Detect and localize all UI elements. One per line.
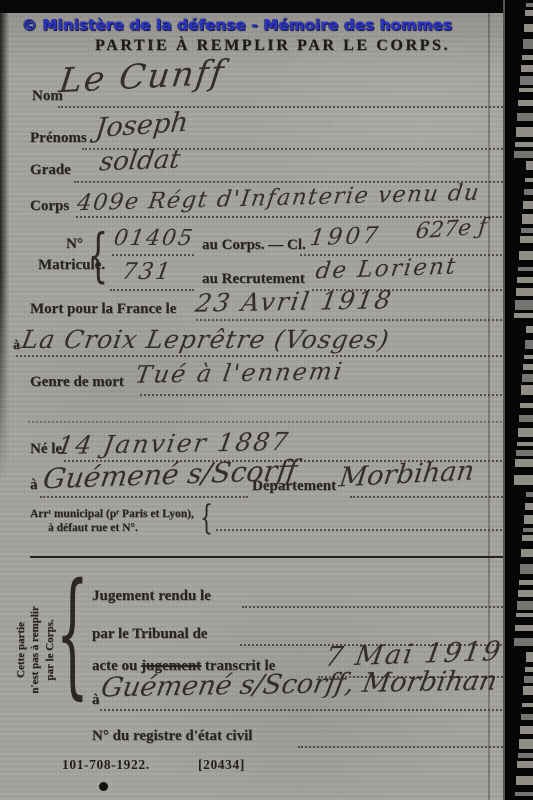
nom-value: Le Cunff xyxy=(57,56,227,99)
imprint-number: 101-708-1922. xyxy=(62,757,150,773)
grade-label: Grade xyxy=(30,162,71,179)
arr-dotted-line xyxy=(216,527,506,531)
ne-lieu-dotted-line xyxy=(40,494,248,498)
registre-label: N° du registre d'état civil xyxy=(92,728,252,745)
matricule-brace: { xyxy=(88,226,108,284)
corps-label: Corps xyxy=(30,198,69,215)
registre-dotted-line xyxy=(298,744,506,748)
au-recrutement-label: au Recrutement xyxy=(202,271,305,288)
mort-lieu-value: La Croix Leprêtre (Vosges) xyxy=(20,327,392,352)
departement-dotted-line xyxy=(350,494,506,498)
reference-number: [20434] xyxy=(198,757,245,773)
departement-label: Département xyxy=(252,478,336,495)
section-separator-dotted-line xyxy=(28,419,506,423)
nom-dotted-line xyxy=(58,104,506,108)
jugement-rendu-dotted-line xyxy=(242,604,506,608)
ink-dot xyxy=(99,782,108,791)
side-note-line1: Cette partie xyxy=(15,622,27,678)
corps-value: 409e Régt d'Infanterie venu du xyxy=(76,182,482,215)
side-note-line2: n'est pas à remplir xyxy=(29,606,41,694)
mort-label: Mort pour la France le xyxy=(30,301,176,318)
watermark: © Ministère de la défense - Mémoire des … xyxy=(22,16,452,34)
tribunal-label: par le Tribunal de xyxy=(92,626,207,643)
scan-top-black-bar xyxy=(0,0,533,13)
mort-dotted-line xyxy=(196,317,506,321)
matricule-corps-value: 01405 xyxy=(112,228,195,250)
matricule-recrutement-value: 731 xyxy=(120,261,174,284)
matricule-recrutement-dotted-line xyxy=(110,287,194,291)
arr-label-line1: Arrᵗ municipal (pʳ Paris et Lyon), xyxy=(30,508,194,521)
torn-page-edge xyxy=(503,0,533,800)
document-scan: © Ministère de la défense - Mémoire des … xyxy=(0,0,533,800)
transcrit-lieu-value: Guémené s/Scorff, Morbihan xyxy=(99,668,499,702)
matricule-corps-dotted-line xyxy=(112,252,194,256)
genre-label: Genre de mort xyxy=(30,374,124,391)
side-note-line3: par le Corps. xyxy=(44,619,56,680)
prenoms-value: Joseph xyxy=(94,109,189,142)
scan-left-shadow xyxy=(0,13,9,483)
corps-value-continuation: 627e ƒ xyxy=(415,217,488,244)
form-title: PARTIE À REMPLIR PAR LE CORPS. xyxy=(95,37,450,55)
classe-value: 1907 xyxy=(308,225,382,250)
departement-value: Morbihan xyxy=(338,458,476,492)
grade-value: soldat xyxy=(98,147,182,176)
prenoms-label: Prénoms xyxy=(30,130,87,147)
ne-lieu-prefix: à xyxy=(30,477,38,494)
section-rule xyxy=(30,556,506,558)
jugement-brace: { xyxy=(56,566,89,702)
mort-date-value: 23 Avril 1918 xyxy=(194,287,395,315)
arr-label-line2: à défaut rue et N°. xyxy=(48,522,138,535)
jugement-rendu-label: Jugement rendu le xyxy=(92,588,211,605)
au-corps-label: au Corps. — Cl. xyxy=(202,237,306,254)
recrutement-lieu-value: de Lorient xyxy=(314,256,458,284)
arr-brace: { xyxy=(200,501,213,535)
genre-value: Tué à l'ennemi xyxy=(134,359,346,387)
genre-dotted-line xyxy=(140,392,506,396)
ne-date-value: 14 Janvier 1887 xyxy=(56,429,292,458)
matricule-label-no: N° xyxy=(66,236,83,253)
transcrit-lieu-dotted-line xyxy=(100,707,506,711)
